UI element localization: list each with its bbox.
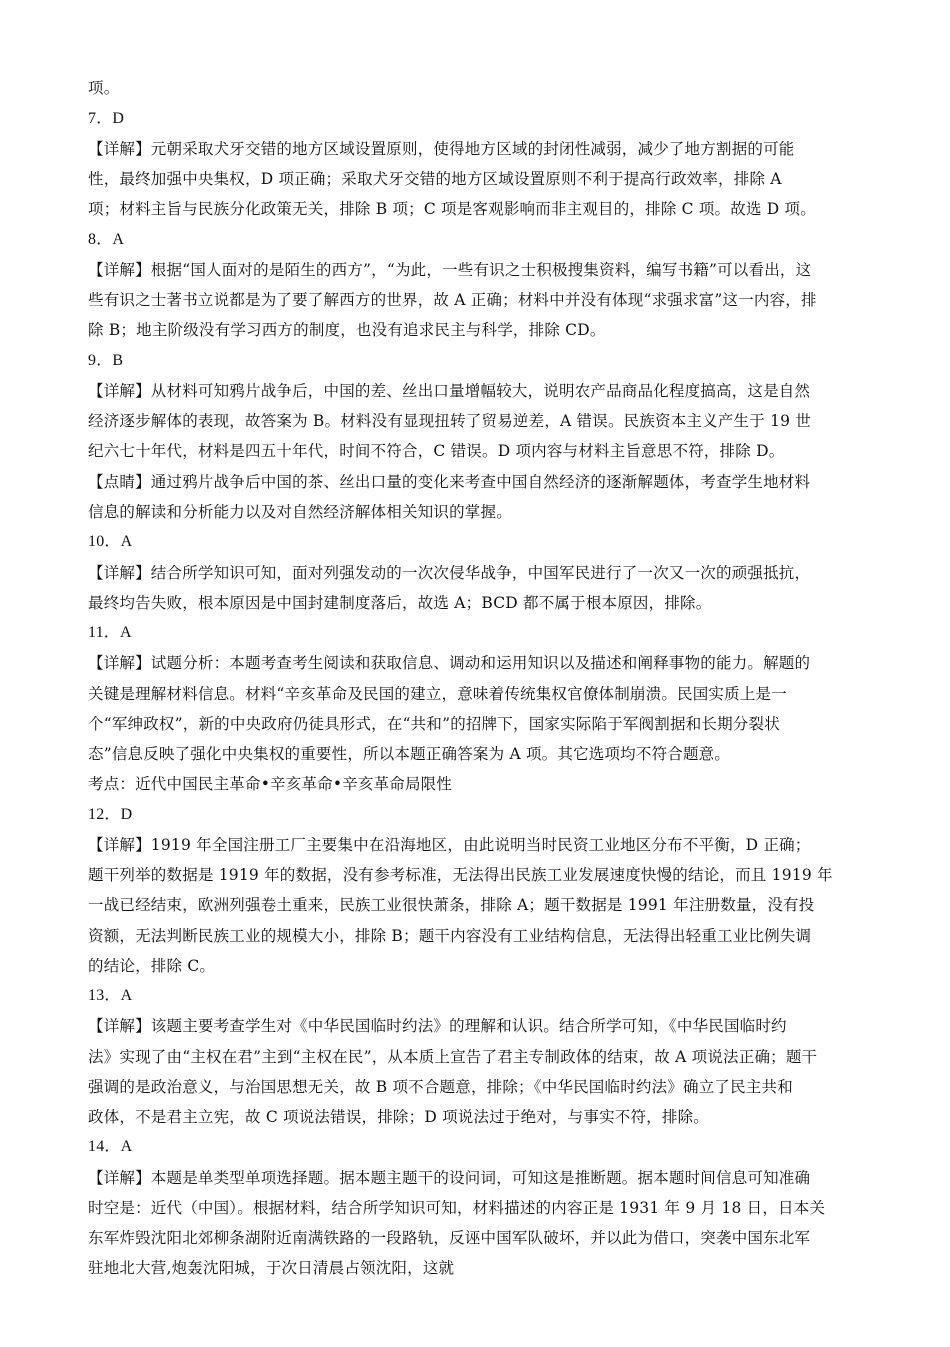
explanation-8-line-2: 些有识之士著书立说都是为了要了解西方的世界，故 A 正确；材料中并没有体现“求强… [88, 290, 868, 310]
explanation-9-line-1: 【详解】从材料可知鸦片战争后，中国的差、丝出口量增幅较大，说明农产品商品化程度搞… [88, 381, 868, 401]
explanation-12-line-4: 资额，无法判断民族工业的规模大小，排除 B；题干内容没有工业结构信息，无法得出轻… [88, 926, 868, 946]
explanation-14-line-2: 时空是：近代（中国）。根据材料，结合所学知识可知，材料描述的内容正是 1931 … [88, 1198, 868, 1218]
explanation-14-line-3: 东军炸毁沈阳北郊柳条湖附近南满铁路的一段路轨，反诬中国军队破坏，并以此为借口，突… [88, 1228, 868, 1248]
answer-12: 12．D [88, 805, 868, 825]
explanation-10-line-2: 最终均告失败，根本原因是中国封建制度落后，故选 A；BCD 都不属于根本原因，排… [88, 593, 868, 613]
explanation-8-line-3: 除 B；地主阶级没有学习西方的制度，也没有追求民主与科学，排除 CD。 [88, 320, 868, 340]
explanation-12-line-1: 【详解】1919 年全国注册工厂主要集中在沿海地区，由此说明当时民资工业地区分布… [88, 835, 868, 855]
explanation-12-line-3: 一战已经结束，欧洲列强卷土重来，民族工业很快萧条，排除 A；题干数据是 1991… [88, 895, 868, 915]
explanation-13-line-2: 法》实现了由“主权在君”主到“主权在民”，从本质上宣告了君主专制政体的结束，故 … [88, 1047, 868, 1067]
explanation-11-line-4: 态”信息反映了强化中央集权的重要性，所以本题正确答案为 A 项。其它选项均不符合… [88, 744, 868, 764]
explanation-13-line-3: 强调的是政治意义，与治国思想无关，故 B 项不合题意，排除；《中华民国临时约法》… [88, 1077, 868, 1097]
explanation-9-line-3: 纪六七十年代，材料是四五十年代，时间不符合，C 错误。D 项内容与材料主旨意思不… [88, 441, 868, 461]
explanation-11-line-2: 关键是理解材料信息。材料“辛亥革命及民国的建立，意味着传统集权官僚体制崩溃。民国… [88, 684, 868, 704]
answer-7: 7．D [88, 109, 868, 129]
comment-9-line-2: 信息的解读和分析能力以及对自然经济解体相关知识的掌握。 [88, 502, 868, 522]
answer-11: 11．A [88, 623, 868, 643]
explanation-13-line-1: 【详解】该题主要考查学生对《中华民国临时约法》的理解和认识。结合所学可知，《中华… [88, 1016, 868, 1036]
answer-10: 10．A [88, 532, 868, 552]
answer-9: 9．B [88, 351, 868, 371]
explanation-13-line-4: 政体，不是君主立宪，故 C 项说法错误，排除；D 项说法过于绝对，与事实不符，排… [88, 1107, 868, 1127]
answer-14: 14．A [88, 1137, 868, 1157]
explanation-11-line-3: 个“军绅政权”，新的中央政府仍徒具形式，在“共和”的招牌下，国家实际陷于军阀割据… [88, 714, 868, 734]
answer-8: 8．A [88, 230, 868, 250]
explanation-7-line-3: 项；材料主旨与民族分化政策无关，排除 B 项；C 项是客观影响而非主观目的，排除… [88, 199, 868, 219]
exam-point-11: 考点：近代中国民主革命•辛亥革命•辛亥革命局限性 [88, 774, 868, 794]
explanation-10-line-1: 【详解】结合所学知识可知，面对列强发动的一次次侵华战争，中国军民进行了一次又一次… [88, 563, 868, 583]
continuation-text: 项。 [88, 78, 868, 98]
explanation-7-line-1: 【详解】元朝采取犬牙交错的地方区域设置原则，使得地方区域的封闭性减弱，减少了地方… [88, 139, 868, 159]
explanation-12-line-2: 题干列举的数据是 1919 年的数据，没有参考标准，无法得出民族工业发展速度快慢… [88, 865, 868, 885]
explanation-9-line-2: 经济逐步解体的表现，故答案为 B。材料没有显现扭转了贸易逆差，A 错误。民族资本… [88, 411, 868, 431]
document-page: 项。 7．D 【详解】元朝采取犬牙交错的地方区域设置原则，使得地方区域的封闭性减… [0, 0, 950, 1347]
answer-13: 13．A [88, 986, 868, 1006]
explanation-11-line-1: 【详解】试题分析：本题考查考生阅读和获取信息、调动和运用知识以及描述和阐释事物的… [88, 653, 868, 673]
comment-9-line-1: 【点睛】通过鸦片战争后中国的茶、丝出口量的变化来考查中国自然经济的逐渐解题体，考… [88, 472, 868, 492]
explanation-12-line-5: 的结论，排除 C。 [88, 956, 868, 976]
explanation-14-line-1: 【详解】本题是单类型单项选择题。据本题主题干的设问词，可知这是推断题。据本题时间… [88, 1168, 868, 1188]
explanation-8-line-1: 【详解】根据“国人面对的是陌生的西方”，“为此，一些有识之士积极搜集资料，编写书… [88, 260, 868, 280]
explanation-14-line-4: 驻地北大营,炮轰沈阳城，于次日清晨占领沈阳，这就 [88, 1258, 868, 1278]
explanation-7-line-2: 性，最终加强中央集权，D 项正确；采取犬牙交错的地方区域设置原则不利于提高行政效… [88, 169, 868, 189]
